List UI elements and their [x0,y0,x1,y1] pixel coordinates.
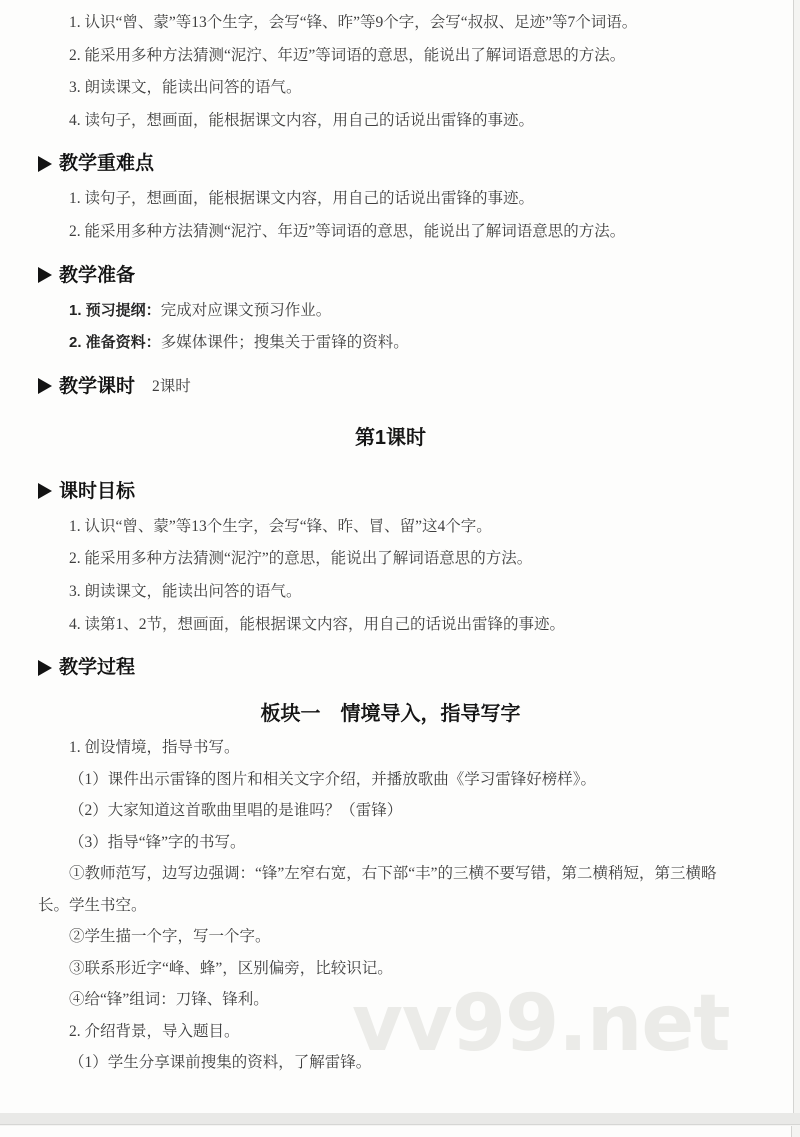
section-heading-label: 课时目标 [59,478,135,505]
key-points-list: 1. 读句子，想画面，能根据课文内容，用自己的话说出雷锋的事迹。 2. 能采用多… [38,183,743,248]
key-point-item: 2. 能采用多种方法猜测“泥泞、年迈”等词语的意思，能说出了解词语意思的方法。 [38,216,743,249]
section-heading-label: 教学重难点 [59,150,154,177]
section-heading-periods: 教学课时 2课时 [38,373,743,400]
process-step: （2）大家知道这首歌曲里唱的是谁吗？（雷锋） [38,795,743,827]
triangle-marker-icon [38,378,52,394]
lesson-goal-item: 1. 认识“曾、蒙”等13个生字，会写“锋、昨、冒、留”这4个字。 [38,511,743,544]
preparation-item-label: 2. 准备资料： [69,334,161,351]
triangle-marker-icon [38,267,52,283]
key-point-item: 1. 读句子，想画面，能根据课文内容，用自己的话说出雷锋的事迹。 [38,183,743,216]
goal-item: 2. 能采用多种方法猜测“泥泞、年迈”等词语的意思，能说出了解词语意思的方法。 [38,40,743,73]
process-step: （3）指导“锋”字的书写。 [38,827,743,859]
document-page: vv99.net 1. 认识“曾、蒙”等13个生字，会写“锋、昨”等9个字，会写… [0,0,794,1113]
section-heading-key-points: 教学重难点 [38,150,743,177]
goal-item: 1. 认识“曾、蒙”等13个生字，会写“锋、昨”等9个字，会写“叔叔、足迹”等7… [38,7,743,40]
triangle-marker-icon [38,483,52,499]
page-separator [0,1113,800,1125]
section-heading-label: 教学过程 [59,654,135,681]
triangle-marker-icon [38,156,52,172]
next-page-top-edge [0,1126,792,1137]
preparation-item-text: 多媒体课件；搜集关于雷锋的资料。 [161,334,409,351]
process-step: ③联系形近字“峰、蜂”，区别偏旁，比较识记。 [38,953,743,985]
process-step: 2. 介绍背景，导入题目。 [38,1016,743,1048]
lesson-goal-item: 4. 读第1、2节，想画面，能根据课文内容，用自己的话说出雷锋的事迹。 [38,609,743,642]
process-step: （1）学生分享课前搜集的资料，了解雷锋。 [38,1047,743,1079]
lesson-goals-list: 1. 认识“曾、蒙”等13个生字，会写“锋、昨、冒、留”这4个字。 2. 能采用… [38,511,743,641]
process-block1-title: 板块一 情境导入，指导写字 [38,701,743,728]
process-step: ④给“锋”组词：刀锋、锋利。 [38,984,743,1016]
preparation-item: 1. 预习提纲：完成对应课文预习作业。 [38,295,743,328]
process-block1-steps: 1. 创设情境，指导书写。 （1）课件出示雷锋的图片和相关文字介绍，并播放歌曲《… [38,732,743,1079]
preparation-item: 2. 准备资料：多媒体课件；搜集关于雷锋的资料。 [38,327,743,360]
preparation-item-text: 完成对应课文预习作业。 [161,302,332,319]
process-step: ②学生描一个字，写一个字。 [38,921,743,953]
goal-item: 4. 读句子，想画面，能根据课文内容，用自己的话说出雷锋的事迹。 [38,105,743,138]
preparation-item-label: 1. 预习提纲： [69,302,161,319]
teaching-goals-list: 1. 认识“曾、蒙”等13个生字，会写“锋、昨”等9个字，会写“叔叔、足迹”等7… [38,7,743,137]
section-heading-process: 教学过程 [38,654,743,681]
periods-value: 2课时 [152,373,191,400]
process-step: ①教师范写，边写边强调：“锋”左窄右宽，右下部“丰”的三横不要写错，第二横稍短，… [38,858,743,921]
page-content: 1. 认识“曾、蒙”等13个生字，会写“锋、昨”等9个字，会写“叔叔、足迹”等7… [0,0,793,1079]
section-heading-preparation: 教学准备 [38,262,743,289]
lesson-goal-item: 2. 能采用多种方法猜测“泥泞”的意思，能说出了解词语意思的方法。 [38,543,743,576]
preparation-list: 1. 预习提纲：完成对应课文预习作业。 2. 准备资料：多媒体课件；搜集关于雷锋… [38,295,743,360]
triangle-marker-icon [38,660,52,676]
lesson1-title: 第1课时 [38,425,743,452]
goal-item: 3. 朗读课文，能读出问答的语气。 [38,72,743,105]
process-step: 1. 创设情境，指导书写。 [38,732,743,764]
process-step: （1）课件出示雷锋的图片和相关文字介绍，并播放歌曲《学习雷锋好榜样》。 [38,764,743,796]
lesson-goal-item: 3. 朗读课文，能读出问答的语气。 [38,576,743,609]
section-heading-lesson-goals: 课时目标 [38,478,743,505]
section-heading-label: 教学准备 [59,262,135,289]
section-heading-label: 教学课时 [59,373,135,400]
